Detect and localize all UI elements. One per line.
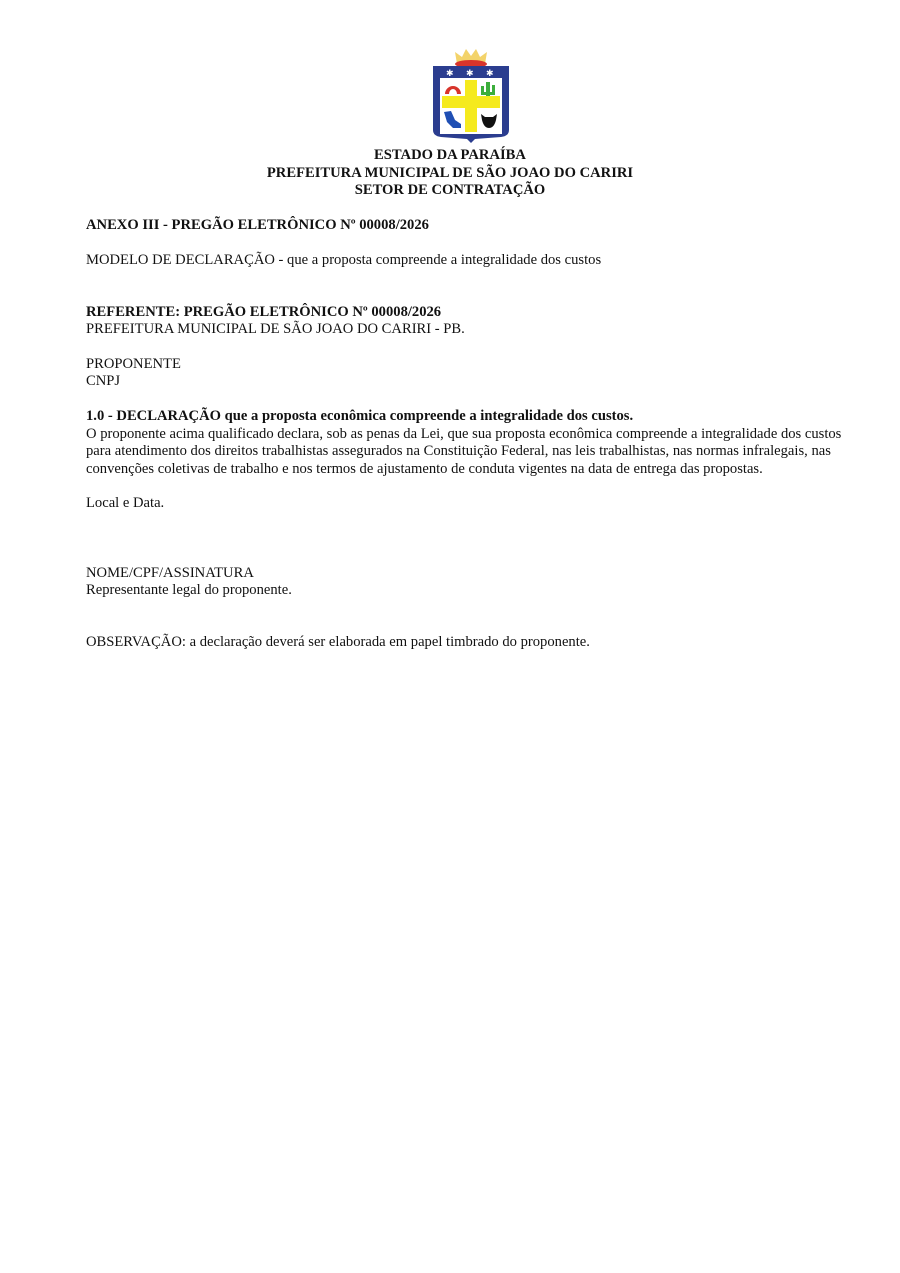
declaration-line-2: para atendimento dos direitos trabalhist… (86, 443, 831, 461)
coat-of-arms-icon: ✱ ✱ ✱ (431, 44, 511, 144)
observation-note: OBSERVAÇÃO: a declaração deverá ser elab… (86, 634, 590, 652)
reference-entity: PREFEITURA MUNICIPAL DE SÃO JOAO DO CARI… (86, 321, 465, 339)
svg-text:✱: ✱ (486, 69, 494, 79)
declaration-line-3: convenções coletivas de trabalho e nos t… (86, 461, 763, 479)
declaration-heading: 1.0 - DECLARAÇÃO que a proposta econômic… (86, 408, 633, 426)
department-name: SETOR DE CONTRATAÇÃO (0, 182, 900, 200)
declaration-line-1: O proponente acima qualificado declara, … (86, 426, 841, 444)
svg-text:✱: ✱ (446, 69, 454, 79)
proponent-label: PROPONENTE (86, 356, 181, 374)
model-subtitle: MODELO DE DECLARAÇÃO - que a proposta co… (86, 252, 601, 270)
reference-title: REFERENTE: PREGÃO ELETRÔNICO Nº 00008/20… (86, 304, 441, 322)
municipality-name: PREFEITURA MUNICIPAL DE SÃO JOAO DO CARI… (0, 165, 900, 183)
signature-label: NOME/CPF/ASSINATURA (86, 565, 254, 583)
cnpj-label: CNPJ (86, 373, 120, 391)
place-date-label: Local e Data. (86, 495, 164, 513)
annex-title: ANEXO III - PREGÃO ELETRÔNICO Nº 00008/2… (86, 217, 429, 235)
svg-text:✱: ✱ (466, 69, 474, 79)
signature-role: Representante legal do proponente. (86, 582, 292, 600)
document-header: ESTADO DA PARAÍBA PREFEITURA MUNICIPAL D… (0, 147, 900, 200)
state-name: ESTADO DA PARAÍBA (0, 147, 900, 165)
